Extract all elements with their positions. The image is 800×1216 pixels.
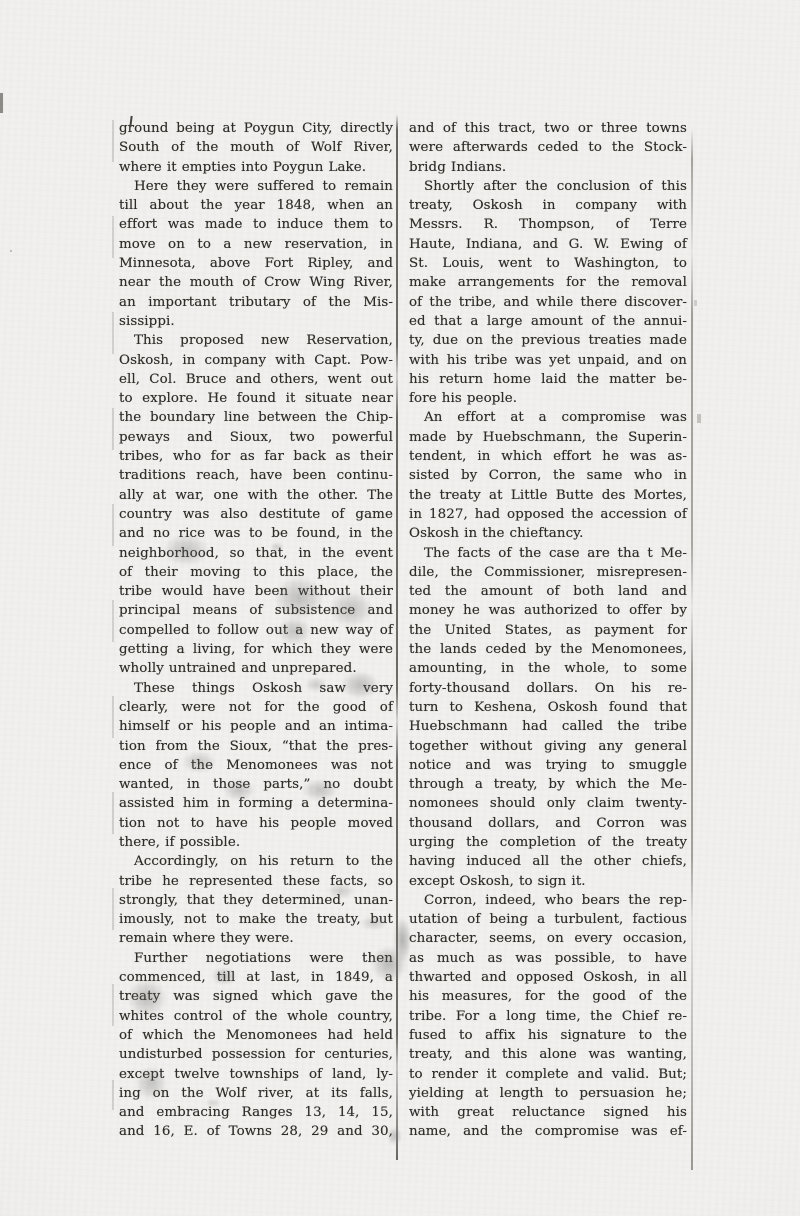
text-line: principal means of subsistence and	[119, 601, 393, 620]
text-line: assisted him in forming a determina-	[119, 794, 393, 813]
text-line: imously, not to make the treaty, but	[119, 910, 393, 929]
left-column-dashed-rule	[112, 120, 114, 1110]
text-line: treaty was signed which gave the	[119, 987, 393, 1006]
text-line: wholly untrained and unprepared.	[119, 659, 393, 678]
text-line: Messrs. R. Thompson, of Terre	[409, 215, 687, 234]
scan-edge-mark	[0, 93, 3, 113]
text-line: an important tributary of the Mis-	[119, 293, 393, 312]
text-line: Minnesota, above Fort Ripley, and	[119, 254, 393, 273]
text-line: remain where they were.	[119, 929, 393, 948]
text-line: forty-thousand dollars. On his re-	[409, 679, 687, 698]
text-line: with great reluctance signed his	[409, 1103, 687, 1122]
text-line: The facts of the case are tha t Me-	[409, 544, 687, 563]
text-line: tion from the Sioux, “that the pres-	[119, 737, 393, 756]
text-line: fused to affix his signature to the	[409, 1026, 687, 1045]
text-line: fore his people.	[409, 389, 687, 408]
margin-bleed-mark	[694, 300, 697, 306]
text-line: except twelve townships of land, ly-	[119, 1065, 393, 1084]
text-line: make arrangements for the removal	[409, 273, 687, 292]
text-line: ed that a large amount of the annui-	[409, 312, 687, 331]
text-line: the treaty at Little Butte des Mortes,	[409, 486, 687, 505]
text-line: Haute, Indiana, and G. W. Ewing of	[409, 235, 687, 254]
column-divider	[396, 114, 398, 1160]
text-line: thousand dollars, and Corron was	[409, 814, 687, 833]
text-line: tribes, who for as far back as their	[119, 447, 393, 466]
text-line: neighborhood, so that, in the event	[119, 544, 393, 563]
text-line: and of this tract, two or three towns	[409, 119, 687, 138]
text-line: South of the mouth of Wolf River,	[119, 138, 393, 157]
text-line: having induced all the other chiefs,	[409, 852, 687, 871]
text-line: strongly, that they determined, unan-	[119, 891, 393, 910]
text-line: Shortly after the conclusion of this	[409, 177, 687, 196]
text-line: getting a living, for which they were	[119, 640, 393, 659]
text-line: tion not to have his people moved	[119, 814, 393, 833]
text-line: peways and Sioux, two powerful	[119, 428, 393, 447]
scan-speck	[10, 250, 12, 252]
text-line: his measures, for the good of the	[409, 987, 687, 1006]
text-line: undisturbed possession for centuries,	[119, 1045, 393, 1064]
text-line: move on to a new reservation, in	[119, 235, 393, 254]
text-line: except Oskosh, to sign it.	[409, 872, 687, 891]
text-line: ted the amount of both land and	[409, 582, 687, 601]
text-line: his return home laid the matter be-	[409, 370, 687, 389]
text-line: to explore. He found it situate near	[119, 389, 393, 408]
text-line: the lands ceded by the Menomonees,	[409, 640, 687, 659]
text-line: St. Louis, went to Washington, to	[409, 254, 687, 273]
text-line: to render it complete and valid. But;	[409, 1065, 687, 1084]
text-line: made by Huebschmann, the Superin-	[409, 428, 687, 447]
text-line: of their moving to this place, the	[119, 563, 393, 582]
text-line: of which the Menomonees had held	[119, 1026, 393, 1045]
text-line: there, if possible.	[119, 833, 393, 852]
text-line: Accordingly, on his return to the	[119, 852, 393, 871]
text-line: ence of the Menomonees was not	[119, 756, 393, 775]
text-line: with his tribe was yet unpaid, and on	[409, 351, 687, 370]
text-line: These things Oskosh saw very	[119, 679, 393, 698]
text-line: Huebschmann had called the tribe	[409, 717, 687, 736]
column-left: ground being at Poygun City, directlySou…	[119, 119, 393, 1143]
text-line: and embracing Ranges 13, 14, 15,	[119, 1103, 393, 1122]
text-line: nomonees should only claim twenty-	[409, 794, 687, 813]
text-line: tribe. For a long time, the Chief re-	[409, 1007, 687, 1026]
text-line: in 1827, had opposed the accession of	[409, 505, 687, 524]
text-line: ty, due on the previous treaties made	[409, 331, 687, 350]
text-line: tribe would have been without their	[119, 582, 393, 601]
right-column-rule	[691, 128, 693, 1170]
text-line: urging the completion of the treaty	[409, 833, 687, 852]
text-line: dile, the Commissioner, misrepresen-	[409, 563, 687, 582]
text-line: This proposed new Reservation,	[119, 331, 393, 350]
text-line: ally at war, one with the other. The	[119, 486, 393, 505]
document-page: { "page": { "background": "#f1f0ee", "in…	[0, 0, 800, 1216]
text-line: near the mouth of Crow Wing River,	[119, 273, 393, 292]
text-line: till about the year 1848, when an	[119, 196, 393, 215]
text-line: ell, Col. Bruce and others, went out	[119, 370, 393, 389]
text-line: ing on the Wolf river, at its falls,	[119, 1084, 393, 1103]
text-line: together without giving any general	[409, 737, 687, 756]
margin-bleed-mark	[697, 414, 701, 423]
text-line: tendent, in which effort he was as-	[409, 447, 687, 466]
text-line: clearly, were not for the good of	[119, 698, 393, 717]
text-line: wanted, in those parts,” no doubt	[119, 775, 393, 794]
text-line: bridg Indians.	[409, 158, 687, 177]
text-line: himself or his people and an intima-	[119, 717, 393, 736]
text-line: where it empties into Poygun Lake.	[119, 158, 393, 177]
text-line: commenced, till at last, in 1849, a	[119, 968, 393, 987]
text-line: country was also destitute of game	[119, 505, 393, 524]
text-line: sisted by Corron, the same who in	[409, 466, 687, 485]
text-line: Further negotiations were then	[119, 949, 393, 968]
text-line: ground being at Poygun City, directly	[119, 119, 393, 138]
text-line: Corron, indeed, who bears the rep-	[409, 891, 687, 910]
text-line: Oskosh, in company with Capt. Pow-	[119, 351, 393, 370]
text-line: treaty, and this alone was wanting,	[409, 1045, 687, 1064]
text-line: and 16, E. of Towns 28, 29 and 30,	[119, 1122, 393, 1141]
text-line: utation of being a turbulent, factious	[409, 910, 687, 929]
text-line: Here they were suffered to remain	[119, 177, 393, 196]
text-line: of the tribe, and while there discover-	[409, 293, 687, 312]
text-line: tribe he represented these facts, so	[119, 872, 393, 891]
text-line: the United States, as payment for	[409, 621, 687, 640]
text-line: Oskosh in the chieftancy.	[409, 524, 687, 543]
text-line: thwarted and opposed Oskosh, in all	[409, 968, 687, 987]
text-line: traditions reach, have been continu-	[119, 466, 393, 485]
text-line: sissippi.	[119, 312, 393, 331]
text-line: and no rice was to be found, in the	[119, 524, 393, 543]
text-line: effort was made to induce them to	[119, 215, 393, 234]
text-line: through a treaty, by which the Me-	[409, 775, 687, 794]
text-line: were afterwards ceded to the Stock-	[409, 138, 687, 157]
text-line: name, and the compromise was ef-	[409, 1122, 687, 1141]
text-line: compelled to follow out a new way of	[119, 621, 393, 640]
text-line: as much as was possible, to have	[409, 949, 687, 968]
text-line: amounting, in the whole, to some	[409, 659, 687, 678]
column-right: and of this tract, two or three townswer…	[409, 119, 687, 1143]
text-line: money he was authorized to offer by	[409, 601, 687, 620]
text-line: notice and was trying to smuggle	[409, 756, 687, 775]
text-line: whites control of the whole country,	[119, 1007, 393, 1026]
text-line: yielding at length to persuasion he;	[409, 1084, 687, 1103]
text-line: An effort at a compromise was	[409, 408, 687, 427]
text-line: treaty, Oskosh in company with	[409, 196, 687, 215]
text-line: character, seems, on every occasion,	[409, 929, 687, 948]
text-line: the boundary line between the Chip-	[119, 408, 393, 427]
text-line: turn to Keshena, Oskosh found that	[409, 698, 687, 717]
